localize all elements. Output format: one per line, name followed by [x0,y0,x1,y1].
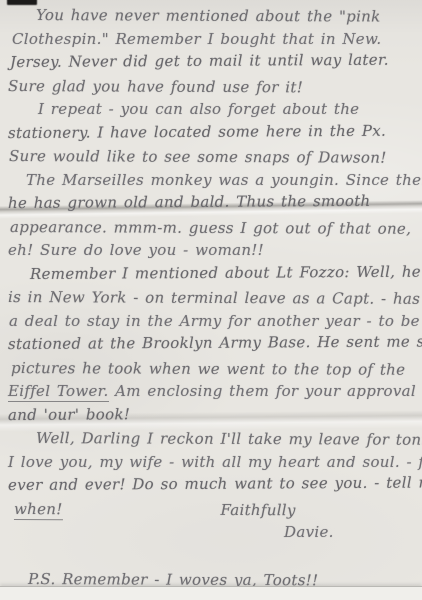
underlined-phrase: Eiffel Tower. [8,382,109,402]
letter-text: I repeat - you can also forget about the [38,100,359,118]
paper-bottom-edge [0,586,422,600]
letter-line: Well, Darling I reckon I'll take my leav… [36,427,420,452]
closing-word: Faithfully [221,500,296,518]
letter-line: You have never mentioned about the "pink [36,4,420,29]
letter-line: he has grown old and bald. Thus the smoo… [8,189,420,215]
letter-line: ever and ever! Do so much want to see yo… [8,471,420,497]
letter-text: Am enclosing them for your approval [109,382,416,400]
letter-line: eh! Sure do love you - woman!! [8,239,420,263]
letter-text: stationed at the Brooklyn Army Base. He … [8,332,422,353]
letter-line: stationed at the Brooklyn Army Base. He … [8,330,420,356]
letter-text: and 'our' book! [8,405,130,424]
letter-line: Clothespin." Remember I bought that in N… [12,28,420,52]
letter-line: I repeat - you can also forget about the [38,98,420,122]
letter-line: Eiffel Tower. Am enclosing them for your… [8,380,420,404]
letter-line: pictures he took when we went to the top… [11,357,420,382]
letter-text: appearance. mmm-m. guess I got out of th… [10,218,411,238]
letter-line: is in New York - on terminal leave as a … [8,286,420,311]
underlined-phrase: when! [14,500,63,520]
letter-line: and 'our' book! [8,401,420,427]
letter-text: Remember I mentioned about Lt Fozzo: Wel… [30,262,421,282]
letter-text: Jersey. Never did get to mail it until w… [10,51,389,71]
letter-text: Sure would like to see some snaps of Daw… [9,147,387,167]
letter-text: Davie. [284,523,334,541]
letter-text: a deal to stay in the Army for another y… [9,312,420,330]
letter-text: he has grown old and bald. Thus the smoo… [8,192,371,212]
letter-line: Sure would like to see some snaps of Daw… [9,145,420,170]
letter-text: You have never mentioned about the "pink [36,6,381,26]
letter-line: Sure glad you have found use for it! [8,75,420,100]
letter-text: eh! Sure do love you - woman!! [8,241,264,259]
letter-line: Davie. [284,521,420,545]
letter-line: The Marseilles monkey was a youngin. Sin… [26,169,420,193]
letter-text: Well, Darling I reckon I'll take my leav… [36,429,422,449]
scanned-letter-page: You have never mentioned about the "pink… [0,0,422,600]
letter-line: Jersey. Never did get to mail it until w… [10,48,420,74]
letter-text: stationery. I have located some here in … [8,121,386,141]
letter-line [6,542,420,568]
letter-text: Clothespin." Remember I bought that in N… [12,30,381,48]
letter-line: I love you, my wife - with all my heart … [8,451,420,475]
letter-text: is in New York - on terminal leave as a … [8,288,422,308]
letter-line: stationery. I have located some here in … [8,119,420,145]
letter-text: The Marseilles monkey was a youngin. Sin… [26,171,422,189]
letter-text: pictures he took when we went to the top… [11,359,405,379]
letter-body: You have never mentioned about the "pink… [6,4,420,592]
letter-text: Sure glad you have found use for it! [8,77,303,96]
letter-line: when!Faithfully [14,498,420,523]
letter-text: I love you, my wife - with all my heart … [8,453,422,471]
letter-line: a deal to stay in the Army for another y… [9,310,420,334]
letter-line: Remember I mentioned about Lt Fozzo: Wel… [30,260,420,286]
letter-text: ever and ever! Do so much want to see yo… [8,473,422,494]
letter-line: appearance. mmm-m. guess I got out of th… [10,216,420,241]
